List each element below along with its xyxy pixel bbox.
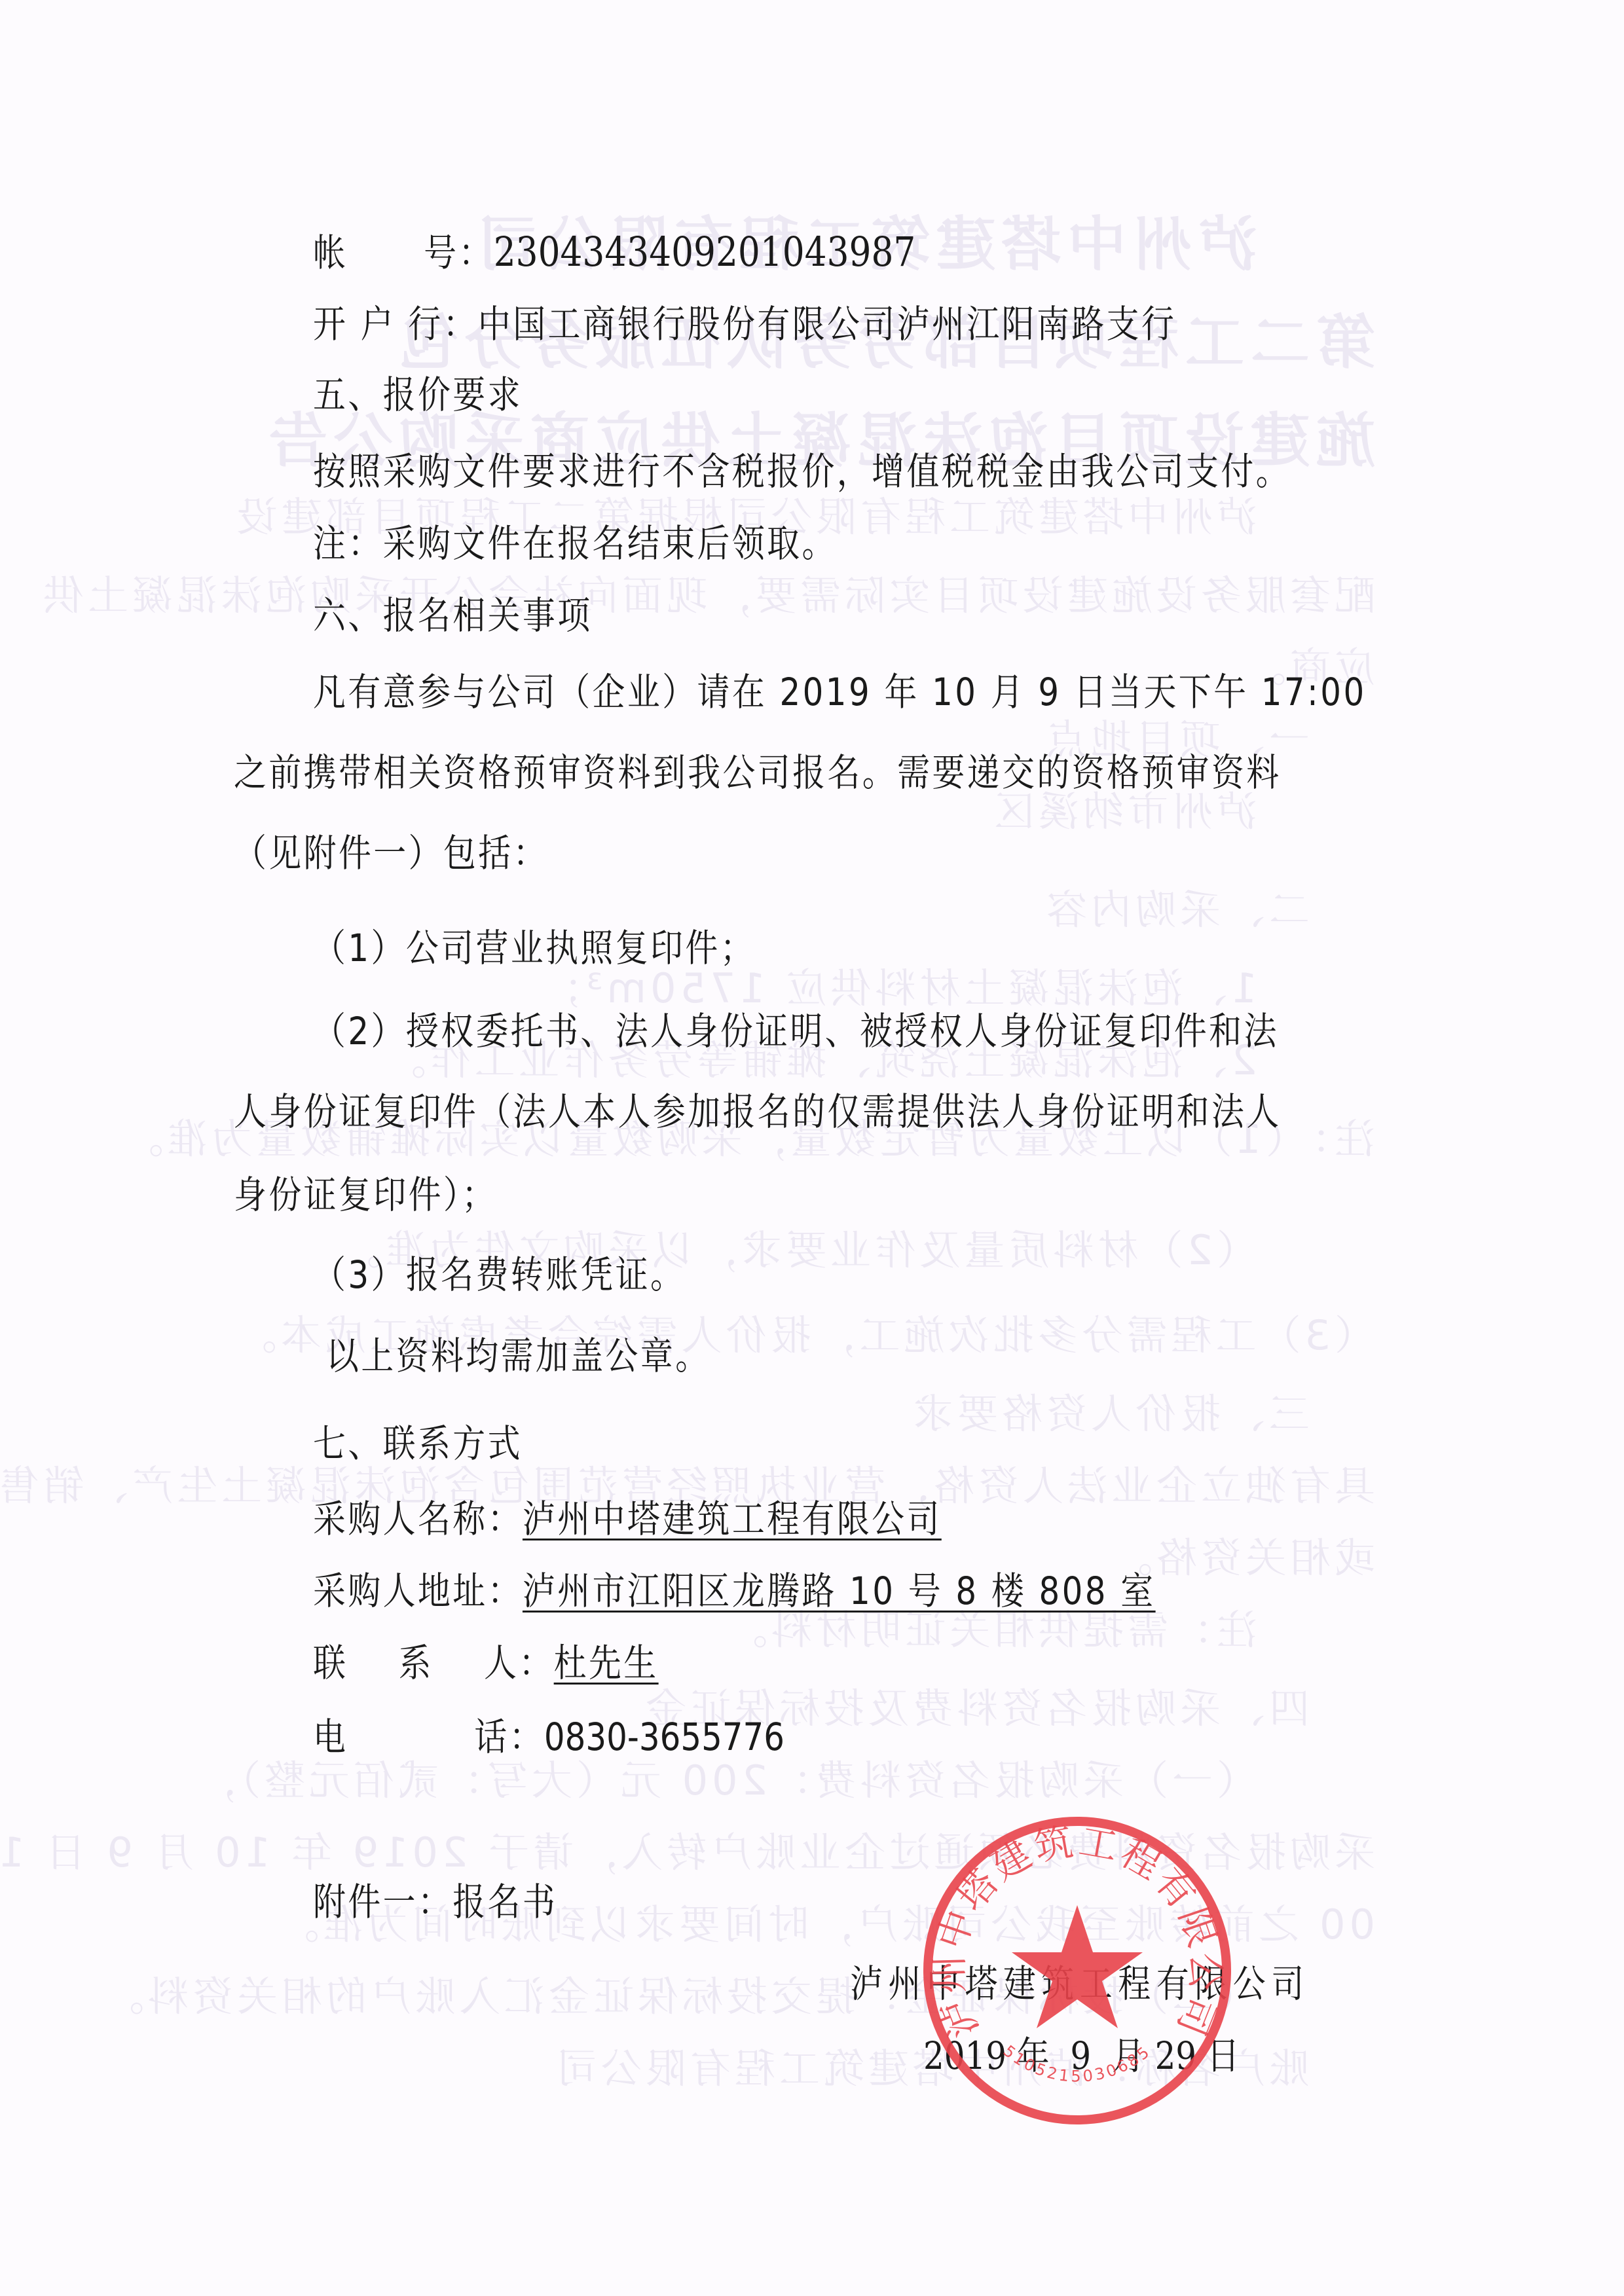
bank-branch-name: 中国工商银行股份有限公司泸州江阳南路支行	[478, 302, 1176, 346]
purchaser-address-row: 采购人地址：泸州市江阳区龙腾路 10 号 8 楼 808 室	[313, 1568, 1156, 1614]
bleed-line: 配套服务设施建设项目实际需要，现面向社会公开采购泡沫混凝土供	[39, 563, 1375, 621]
contact-row: 联 系 人：杜先生	[313, 1640, 659, 1686]
bank-account-number: 2304343409201043987	[494, 228, 916, 276]
purchaser-name: 泸州中塔建筑工程有限公司	[523, 1497, 942, 1541]
section6-para-line1: 凡有意参与公司（企业）请在 2019 年 10 月 9 日当天下午 17:00	[313, 669, 1367, 715]
contact-label: 联 系 人：	[313, 1641, 554, 1685]
phone-number: 0830-3655776	[544, 1715, 784, 1759]
phone-row: 电 话：0830-3655776	[313, 1714, 784, 1760]
section5-heading: 五、报价要求	[313, 372, 523, 418]
purchaser-name-row: 采购人名称：泸州中塔建筑工程有限公司	[313, 1496, 942, 1542]
bank-account-row: 帐 号：2304343409201043987	[313, 229, 915, 276]
svg-text:泸州中塔建筑工程有限公司: 泸州中塔建筑工程有限公司	[927, 1819, 1227, 2045]
attachment-note: 附件一：报名书	[313, 1879, 557, 1925]
requirement-item-2-end: 身份证复印件）；	[234, 1172, 497, 1218]
requirement-item-1: （1）公司营业执照复印件；	[313, 925, 755, 971]
bank-branch-label: 开 户 行：	[313, 301, 478, 347]
bleed-line: 二、采购内容	[1043, 877, 1310, 936]
purchaser-name-label: 采购人名称：	[313, 1497, 523, 1541]
contact-person: 杜先生	[554, 1641, 659, 1685]
stamp-note: 以上资料均需加盖公章。	[326, 1333, 710, 1379]
phone-label: 电 话：	[313, 1715, 544, 1759]
section5-body: 按照采购文件要求进行不含税报价，增值税税金由我公司支付。	[313, 448, 1291, 494]
section6-para-line2: 之前携带相关资格预审资料到我公司报名。需要递交的资格预审资料	[234, 750, 1282, 795]
purchaser-address: 泸州市江阳区龙腾路 10 号 8 楼 808 室	[523, 1569, 1156, 1613]
section6-heading: 六、报名相关事项	[313, 592, 593, 638]
bleed-line: 采购报名资料费必须通过企业账户转入，请于 2019 年 10 月 9 日 17:	[0, 1820, 1375, 1878]
signature-company: 泸州中塔建筑工程有限公司	[850, 1961, 1310, 2007]
requirement-item-2: （2）授权委托书、法人身份证明、被授权人身份证复印件和法	[313, 1008, 1279, 1054]
bank-account-label: 帐 号：	[313, 230, 494, 276]
signature-date: 2019 年 9 月 29 日	[923, 2033, 1240, 2079]
purchaser-address-label: 采购人地址：	[313, 1569, 523, 1613]
bleed-line: 三、报价人资格要求	[909, 1381, 1310, 1440]
section5-note: 注：采购文件在报名结束后领取。	[313, 520, 837, 566]
requirement-item-3: （3）报名费转账凭证。	[313, 1252, 685, 1298]
section6-para-line3: （见附件一）包括：	[234, 830, 548, 876]
requirement-item-2-cont: 人身份证复印件（法人本人参加报名的仅需提供法人身份证明和法人	[234, 1089, 1282, 1135]
bank-branch-row: 开 户 行：中国工商银行股份有限公司泸州江阳南路支行	[313, 301, 1176, 347]
document-page: 泸州中塔建筑工程有限公司 第二工程项目部劳务队伍服务分包 施建设项目泡沫混凝土供…	[0, 0, 1624, 2296]
section7-heading: 七、联系方式	[313, 1421, 523, 1467]
